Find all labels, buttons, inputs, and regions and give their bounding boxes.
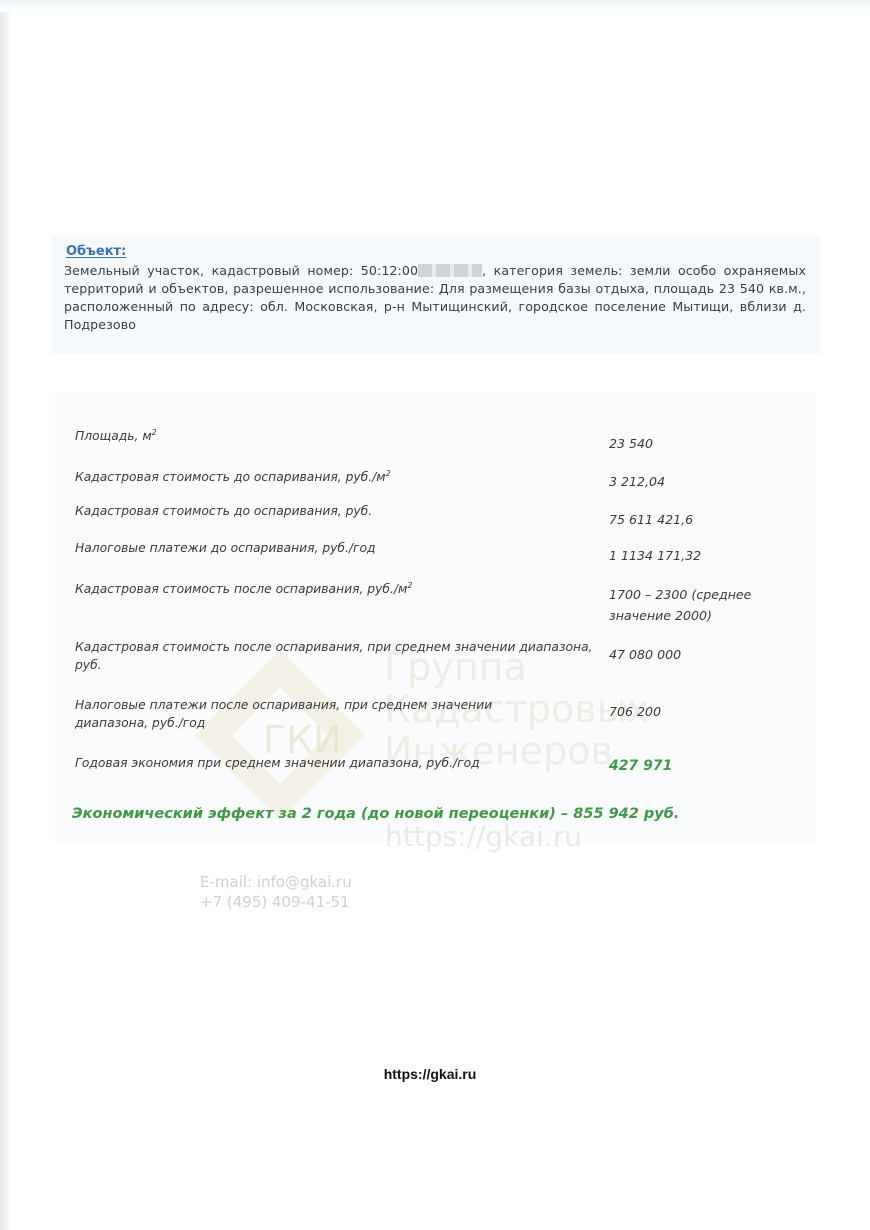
table-row-value: 1 1134 171,32	[609, 545, 809, 566]
table-row-value: 1700 – 2300 (среднее значение 2000)	[609, 584, 799, 626]
annual-savings-value: 427 971	[609, 756, 809, 777]
table-row-label: Налоговые платежи после оспаривания, при…	[75, 696, 565, 732]
table-row-value: 75 611 421,6	[609, 509, 809, 530]
redacted-cadastral-number	[418, 264, 482, 277]
table-row-label: Годовая экономия при среднем значении ди…	[75, 754, 595, 772]
table-row-value: 23 540	[609, 433, 809, 454]
table-row-value: 706 200	[609, 701, 809, 722]
table-row-value: 3 212,04	[609, 471, 809, 492]
table-row-label: Кадастровая стоимость после оспаривания,…	[75, 638, 595, 674]
table-row-label: Налоговые платежи до оспаривания, руб./г…	[75, 539, 595, 557]
table-row-label: Кадастровая стоимость до оспаривания, ру…	[75, 502, 595, 520]
table-row-label: Кадастровая стоимость до оспаривания, ру…	[75, 465, 595, 486]
page-edge-shadow	[0, 0, 12, 1230]
contact-phone: +7 (495) 409-41-51	[200, 892, 352, 912]
economic-effect-summary: Экономический эффект за 2 года (до новой…	[72, 806, 679, 822]
object-title: Объект:	[66, 244, 126, 259]
table-row-value: 47 080 000	[609, 644, 809, 665]
object-description: Земельный участок, кадастровый номер: 50…	[64, 262, 806, 334]
footer-url-link[interactable]: https://gkai.ru	[0, 1066, 860, 1082]
table-row-label: Площадь, м2	[75, 424, 595, 445]
contact-email: E-mail: info@gkai.ru	[200, 872, 352, 892]
object-description-start: Земельный участок, кадастровый номер: 50…	[64, 263, 418, 278]
contacts: E-mail: info@gkai.ru +7 (495) 409-41-51	[200, 872, 352, 912]
table-row-label: Кадастровая стоимость после оспаривания,…	[75, 577, 595, 598]
page-top-shadow	[0, 0, 870, 12]
